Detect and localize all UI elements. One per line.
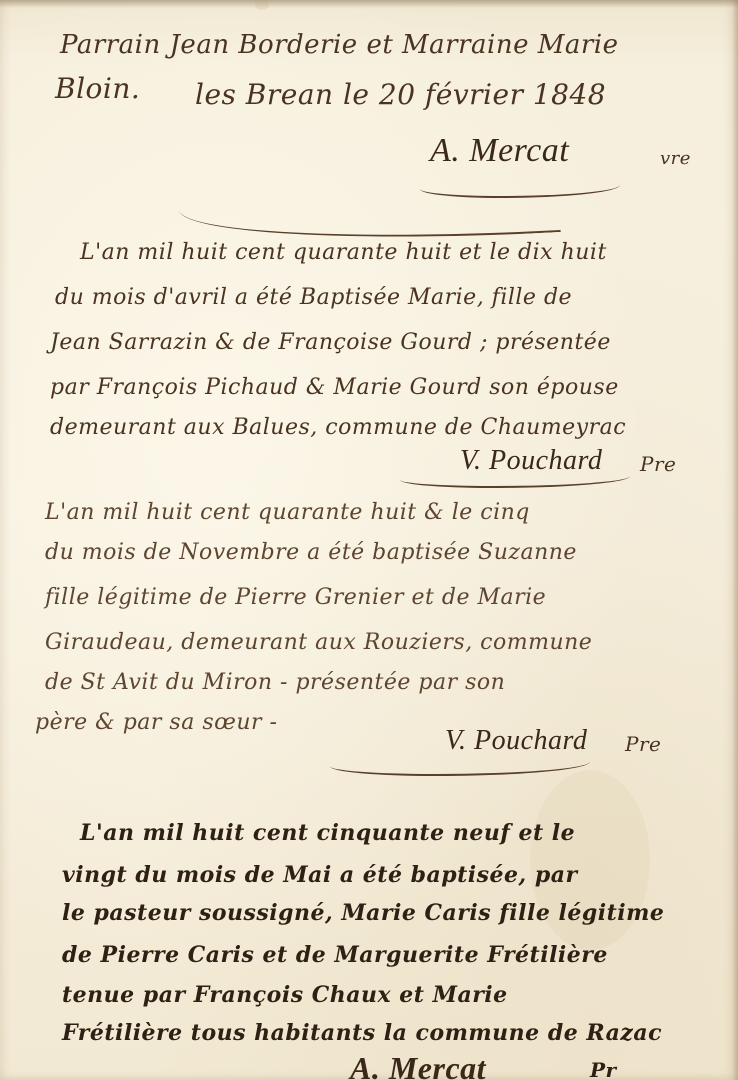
entry-2-line-3: fille légitime de Pierre Grenier et de M… bbox=[45, 585, 546, 610]
entry-1-signature-flourish bbox=[400, 468, 630, 488]
ink-stain bbox=[255, 0, 269, 10]
entry-2-line-6: père & par sa sœur - bbox=[35, 710, 277, 735]
page-binding-edge bbox=[732, 0, 738, 1080]
entry-3-line-1: L'an mil huit cent cinquante neuf et le bbox=[80, 820, 575, 846]
header-godparents-line-2: Bloin. bbox=[55, 72, 140, 105]
entry-1-line-4: par François Pichaud & Marie Gourd son é… bbox=[50, 375, 619, 400]
entry-2-line-5: de St Avit du Miron - présentée par son bbox=[45, 670, 505, 695]
entry-1-line-3: Jean Sarrazin & de Françoise Gourd ; pré… bbox=[50, 330, 611, 355]
entry-3-signature: A. Mercat bbox=[350, 1050, 486, 1080]
page-top-shadow bbox=[0, 0, 738, 8]
entry-2-line-4: Giraudeau, demeurant aux Rouziers, commu… bbox=[45, 630, 592, 655]
entry-2-line-2: du mois de Novembre a été baptisée Suzan… bbox=[45, 540, 577, 565]
entry-1-line-1: L'an mil huit cent quarante huit et le d… bbox=[80, 240, 607, 265]
entry-2-line-1: L'an mil huit cent quarante huit & le ci… bbox=[45, 500, 530, 525]
register-page: Parrain Jean Borderie et Marraine Marie … bbox=[0, 0, 738, 1080]
entry-3-line-3: le pasteur soussigné, Marie Caris fille … bbox=[62, 900, 664, 926]
entry-3-line-4: de Pierre Caris et de Marguerite Frétili… bbox=[62, 942, 608, 968]
header-signature: A. Mercat bbox=[430, 132, 569, 170]
entry-1-line-5: demeurant aux Balues, commune de Chaumey… bbox=[50, 415, 626, 440]
entry-1-signature-suffix: Pre bbox=[640, 452, 676, 476]
header-signature-suffix: vre bbox=[660, 148, 691, 169]
entry-3-line-6: Frétilière tous habitants la commune de … bbox=[62, 1020, 662, 1046]
entry-1-line-2: du mois d'avril a été Baptisée Marie, fi… bbox=[55, 285, 572, 310]
entry-3-signature-suffix: Pr bbox=[590, 1058, 617, 1080]
header-place-date: les Brean le 20 février 1848 bbox=[195, 78, 606, 111]
entry-3-line-2: vingt du mois de Mai a été baptisée, par bbox=[62, 862, 578, 888]
header-godparents-line: Parrain Jean Borderie et Marraine Marie bbox=[60, 30, 619, 60]
entry-3-line-5: tenue par François Chaux et Marie bbox=[62, 982, 508, 1008]
entry-2-signature-flourish bbox=[330, 752, 590, 776]
entry-2-signature-suffix: Pre bbox=[625, 732, 661, 756]
